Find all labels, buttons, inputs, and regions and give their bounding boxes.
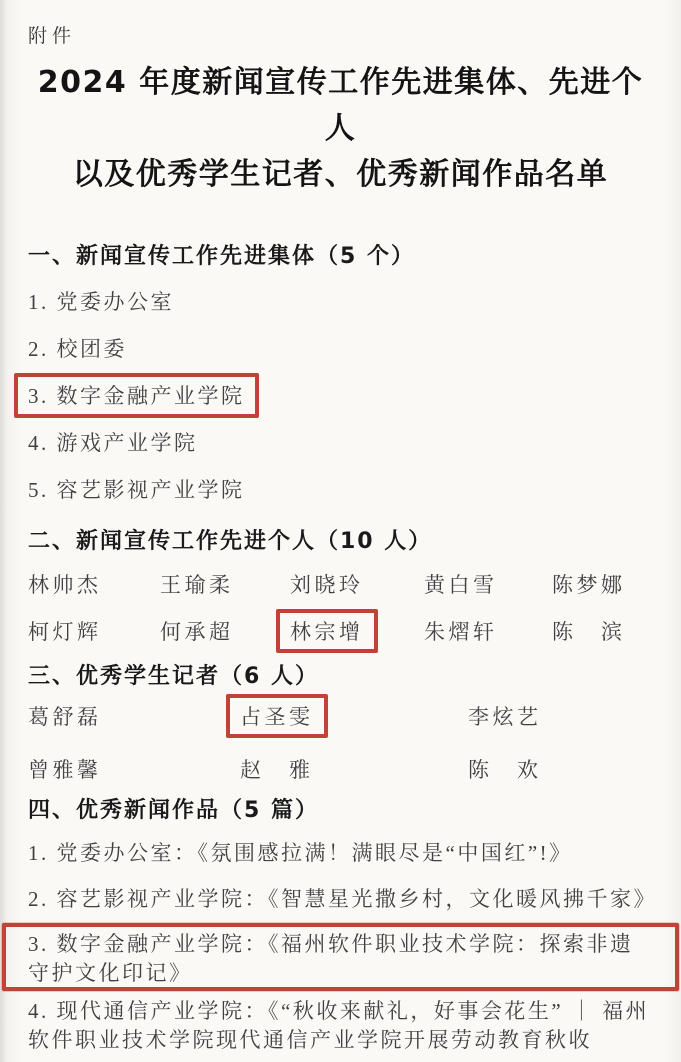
list-item: 2. 校团委 bbox=[28, 335, 653, 364]
person-name: 林帅杰 bbox=[28, 571, 160, 599]
name-row: 曾雅馨 赵 雅 陈 欢 bbox=[28, 756, 653, 784]
person-name: 陈梦娜 bbox=[552, 571, 653, 599]
person-name: 赵 雅 bbox=[240, 756, 468, 784]
name-row: 葛舒磊 占圣雯 李炫艺 bbox=[28, 703, 653, 731]
name-row: 柯灯辉 何承超 林宗增 朱熠轩 陈 滨 bbox=[28, 618, 653, 646]
person-name: 曾雅馨 bbox=[28, 756, 240, 784]
list-item-text: 5. 容艺影视产业学院 bbox=[28, 478, 245, 502]
list-item-text: 3. 数字金融产业学院：《福州软件职业技术学院：探索非遗守护文化印记》 bbox=[28, 932, 634, 985]
attachment-label: 附件 bbox=[28, 24, 653, 50]
document-page: 附件 2024 年度新闻宣传工作先进集体、先进个人 以及优秀学生记者、优秀新闻作… bbox=[0, 0, 681, 1062]
list-item-highlighted: 3. 数字金融产业学院：《福州软件职业技术学院：探索非遗守护文化印记》 bbox=[28, 930, 653, 988]
person-name: 林宗增 bbox=[290, 618, 424, 646]
list-item-text: 3. 数字金融产业学院 bbox=[28, 384, 245, 408]
list-item-text: 2. 容艺影视产业学院：《智慧星光撒乡村，文化暖风拂千家》 bbox=[28, 887, 657, 911]
person-name: 占圣雯 bbox=[240, 703, 468, 731]
person-name: 何承超 bbox=[160, 618, 290, 646]
section-3-heading: 三、优秀学生记者（6 人） bbox=[28, 662, 653, 692]
name-row: 林帅杰 王瑜柔 刘晓玲 黄白雪 陈梦娜 bbox=[28, 571, 653, 599]
list-item-text: 4. 游戏产业学院 bbox=[28, 431, 198, 455]
section-1-heading: 一、新闻宣传工作先进集体（5 个） bbox=[28, 242, 653, 272]
list-item: 5. 容艺影视产业学院 bbox=[28, 476, 653, 505]
section-4-heading: 四、优秀新闻作品（5 篇） bbox=[28, 796, 653, 826]
list-item-text: 4. 现代通信产业学院：《“秋收来献礼，好事会花生” ｜ 福州软件职业技术学院现… bbox=[28, 999, 649, 1052]
highlight-box: 3. 数字金融产业学院 bbox=[28, 382, 245, 411]
highlight-box: 林宗增 bbox=[290, 618, 364, 646]
person-name: 柯灯辉 bbox=[28, 618, 160, 646]
title-line-1: 2024 年度新闻宣传工作先进集体、先进个人 bbox=[28, 60, 653, 152]
title-line-2: 以及优秀学生记者、优秀新闻作品名单 bbox=[28, 152, 653, 198]
list-item-text: 1. 党委办公室：《氛围感拉满！满眼尽是“中国红”!》 bbox=[28, 841, 573, 865]
list-item: 2. 容艺影视产业学院：《智慧星光撒乡村，文化暖风拂千家》 bbox=[28, 885, 653, 914]
list-item: 1. 党委办公室 bbox=[28, 288, 653, 317]
list-item: 3. 数字金融产业学院 bbox=[28, 382, 653, 411]
person-name: 李炫艺 bbox=[468, 703, 653, 731]
list-item-text: 1. 党委办公室 bbox=[28, 290, 174, 314]
document-title: 2024 年度新闻宣传工作先进集体、先进个人 以及优秀学生记者、优秀新闻作品名单 bbox=[28, 60, 653, 198]
person-name: 陈 欢 bbox=[468, 756, 653, 784]
person-name: 王瑜柔 bbox=[160, 571, 290, 599]
person-name: 朱熠轩 bbox=[424, 618, 552, 646]
list-item: 1. 党委办公室：《氛围感拉满！满眼尽是“中国红”!》 bbox=[28, 839, 653, 868]
person-name: 刘晓玲 bbox=[290, 571, 424, 599]
highlight-box: 占圣雯 bbox=[240, 703, 314, 731]
person-name: 陈 滨 bbox=[552, 618, 653, 646]
list-item: 4. 现代通信产业学院：《“秋收来献礼，好事会花生” ｜ 福州软件职业技术学院现… bbox=[28, 997, 653, 1055]
section-2-heading: 二、新闻宣传工作先进个人（10 人） bbox=[28, 527, 653, 557]
person-name: 黄白雪 bbox=[424, 571, 552, 599]
works-list: 1. 党委办公室：《氛围感拉满！满眼尽是“中国红”!》 2. 容艺影视产业学院：… bbox=[28, 839, 653, 1055]
person-name: 葛舒磊 bbox=[28, 703, 240, 731]
list-item-text: 2. 校团委 bbox=[28, 337, 127, 361]
list-item: 4. 游戏产业学院 bbox=[28, 429, 653, 458]
